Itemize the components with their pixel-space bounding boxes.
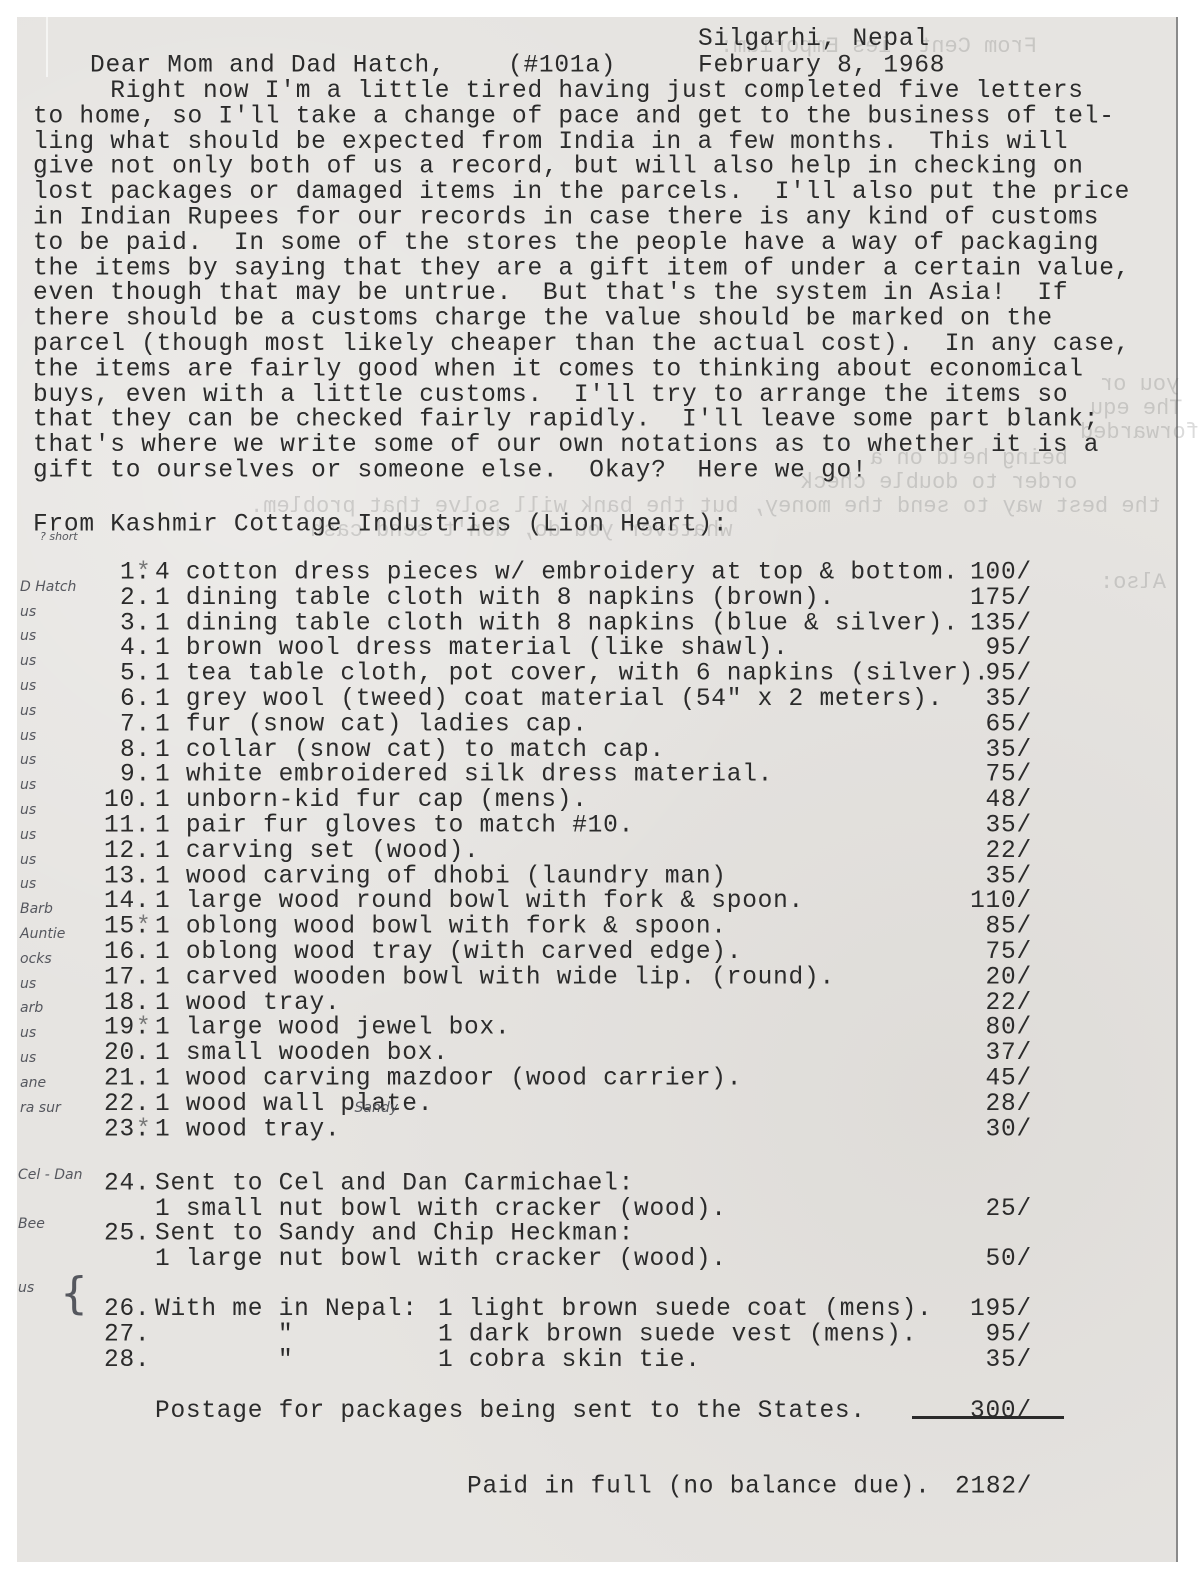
- handwritten-note: Bee: [18, 1216, 45, 1232]
- item-number: 27.: [104, 1323, 150, 1348]
- letter-number: (#101a): [508, 54, 616, 79]
- item-number: 8.: [120, 738, 151, 763]
- handwritten-note: ane: [20, 1075, 46, 1091]
- item-number: 20.: [104, 1042, 150, 1067]
- letter-date: February 8, 1968: [698, 54, 945, 79]
- item-price: 35/: [986, 738, 1032, 763]
- item-description: 1 small wooden box.: [155, 1042, 449, 1067]
- item-description: 4 cotton dress pieces w/ embroidery at t…: [155, 561, 959, 586]
- item-number: 10.: [104, 789, 150, 814]
- handwritten-note: us: [20, 752, 36, 768]
- paper-crease: [46, 17, 48, 77]
- postage-label: Postage for packages being sent to the S…: [155, 1399, 866, 1424]
- letter-place: Silgarhi, Nepal: [698, 28, 930, 53]
- gift-recipient: Sent to Cel and Dan Carmichael:: [155, 1172, 634, 1197]
- item-description: 1 wood carving mazdoor (wood carrier).: [155, 1067, 742, 1092]
- handwritten-note: us: [20, 628, 36, 644]
- item-description: 1 dining table cloth with 8 napkins (bro…: [155, 586, 835, 611]
- handwritten-note: us: [20, 728, 36, 744]
- handwritten-note: D Hatch: [20, 579, 76, 595]
- body-line: the items by saying that they are a gift…: [33, 257, 1130, 282]
- item-price: 22/: [986, 991, 1032, 1016]
- body-line: the items are fairly good when it comes …: [33, 358, 1084, 383]
- item-price: 175/: [970, 586, 1032, 611]
- handwritten-note: Barb: [20, 901, 53, 917]
- item-price: 45/: [986, 1067, 1032, 1092]
- item-description: 1 wood tray.: [155, 1118, 340, 1143]
- body-line: that they can be checked fairly rapidly.…: [33, 408, 1099, 433]
- bleed-through-text: The equ: [1090, 396, 1182, 421]
- item-number: 6.: [120, 687, 151, 712]
- body-line: to be paid. In some of the stores the pe…: [33, 231, 1099, 256]
- bleed-through-text: Also:: [1100, 570, 1166, 595]
- item-price: 80/: [986, 1016, 1032, 1041]
- handwritten-note: us: [20, 802, 36, 818]
- item-description: 1 wood carving of dhobi (laundry man): [155, 865, 727, 890]
- item-description: 1 dining table cloth with 8 napkins (blu…: [155, 612, 959, 637]
- item-description: 1 small nut bowl with cracker (wood).: [155, 1197, 727, 1222]
- handwritten-note: us: [20, 653, 36, 669]
- item-price: 35/: [986, 865, 1032, 890]
- handwritten-note: us: [18, 1280, 34, 1296]
- handwritten-note: Auntie: [20, 926, 65, 942]
- item-number: 16.: [104, 940, 150, 965]
- item-price: 35/: [986, 687, 1032, 712]
- item-price: 95/: [986, 1323, 1032, 1348]
- handwritten-note: us: [20, 876, 36, 892]
- postage-price: 300/: [970, 1399, 1032, 1424]
- item-price: 22/: [986, 839, 1032, 864]
- item-price: 65/: [986, 713, 1032, 738]
- item-number: 9.: [120, 763, 151, 788]
- item-description: 1 grey wool (tweed) coat material (54" x…: [155, 687, 943, 712]
- item-price: 85/: [986, 915, 1032, 940]
- item-description: 1 large wood round bowl with fork & spoo…: [155, 890, 804, 915]
- item-number: 14.: [104, 890, 150, 915]
- body-line: Right now I'm a little tired having just…: [33, 80, 1084, 105]
- item-number: 25.: [104, 1222, 150, 1247]
- handwritten-note: Cel - Dan: [18, 1167, 82, 1183]
- item-price: 25/: [986, 1197, 1032, 1222]
- body-line: gift to ourselves or someone else. Okay?…: [33, 459, 867, 484]
- handwritten-note: us: [20, 678, 36, 694]
- item-number: 28.: [104, 1348, 150, 1373]
- handwritten-note: us: [20, 827, 36, 843]
- item-price: 20/: [986, 966, 1032, 991]
- item-description: 1 dark brown suede vest (mens).: [438, 1323, 917, 1348]
- item-description: 1 oblong wood bowl with fork & spoon.: [155, 915, 727, 940]
- item-number: 13.: [104, 865, 150, 890]
- handwritten-note: ? short: [40, 530, 78, 543]
- item-description: 1 carving set (wood).: [155, 839, 480, 864]
- item-description: 1 large nut bowl with cracker (wood).: [155, 1247, 727, 1272]
- item-description: 1 light brown suede coat (mens).: [438, 1297, 932, 1322]
- ditto-mark: ": [278, 1323, 293, 1348]
- item-number: 2.: [120, 586, 151, 611]
- handwritten-note: - Sandy: [345, 1100, 398, 1116]
- item-description: 1 oblong wood tray (with carved edge).: [155, 940, 742, 965]
- gift-recipient: Sent to Sandy and Chip Heckman:: [155, 1222, 634, 1247]
- item-description: 1 unborn-kid fur cap (mens).: [155, 789, 588, 814]
- ditto-mark: ": [278, 1348, 293, 1373]
- body-line: lost packages or damaged items in the pa…: [33, 181, 1130, 206]
- item-price: 30/: [986, 1118, 1032, 1143]
- item-description: 1 brown wool dress material (like shawl)…: [155, 637, 789, 662]
- item-number: 18.: [104, 991, 150, 1016]
- section-heading: From Kashmir Cottage Industries (Lion He…: [33, 513, 728, 538]
- item-price: 75/: [986, 940, 1032, 965]
- handwritten-note: us: [20, 604, 36, 620]
- body-line: parcel (though most likely cheaper than …: [33, 333, 1130, 358]
- handwritten-note: ocks: [20, 951, 52, 967]
- item-number: 21.: [104, 1067, 150, 1092]
- item-description: 1 tea table cloth, pot cover, with 6 nap…: [155, 662, 989, 687]
- body-line: ling what should be expected from India …: [33, 130, 1068, 155]
- handwritten-note: us: [20, 1050, 36, 1066]
- body-line: give not only both of us a record, but w…: [33, 155, 1084, 180]
- body-line: even though that may be untrue. But that…: [33, 282, 1068, 307]
- handwritten-note: us: [20, 852, 36, 868]
- item-description: 1 pair fur gloves to match #10.: [155, 814, 634, 839]
- item-description: 1 wood tray.: [155, 991, 340, 1016]
- body-line: buys, even with a little customs. I'll t…: [33, 383, 1068, 408]
- item-price: 100/: [970, 561, 1032, 586]
- handwritten-note: us: [20, 1025, 36, 1041]
- item-number: 26.: [104, 1297, 150, 1322]
- asterisk-mark: *: [136, 561, 151, 586]
- item-price: 195/: [970, 1297, 1032, 1322]
- item-price: 28/: [986, 1092, 1032, 1117]
- handwritten-note: us: [20, 703, 36, 719]
- body-line: there should be a customs charge the val…: [33, 307, 1053, 332]
- item-price: 48/: [986, 789, 1032, 814]
- handwritten-note: ra sur: [20, 1100, 61, 1116]
- item-price: 35/: [986, 814, 1032, 839]
- item-description: 1 carved wooden bowl with wide lip. (rou…: [155, 966, 835, 991]
- item-price: 37/: [986, 1042, 1032, 1067]
- asterisk-mark: *: [136, 1118, 151, 1143]
- total-underline: [912, 1416, 1064, 1419]
- handwritten-note: arb: [20, 1000, 43, 1016]
- item-price: 75/: [986, 763, 1032, 788]
- item-price: 35/: [986, 1348, 1032, 1373]
- item-number: 4.: [120, 637, 151, 662]
- item-description: 1 collar (snow cat) to match cap.: [155, 738, 665, 763]
- item-price: 50/: [986, 1247, 1032, 1272]
- item-number: 7.: [120, 713, 151, 738]
- item-description: 1 fur (snow cat) ladies cap.: [155, 713, 588, 738]
- item-price: 110/: [970, 890, 1032, 915]
- item-description: 1 white embroidered silk dress material.: [155, 763, 773, 788]
- item-price: 135/: [970, 612, 1032, 637]
- item-number: 11.: [104, 814, 150, 839]
- salutation: Dear Mom and Dad Hatch,: [90, 54, 445, 79]
- item-number: 5.: [120, 662, 151, 687]
- item-description: 1 large wood jewel box.: [155, 1016, 510, 1041]
- handwritten-note: us: [20, 976, 36, 992]
- asterisk-mark: *: [136, 1016, 151, 1041]
- body-line: in Indian Rupees for our records in case…: [33, 206, 1099, 231]
- item-price: 95/: [986, 662, 1032, 687]
- with-me-label: With me in Nepal:: [155, 1297, 418, 1322]
- item-number: 22.: [104, 1092, 150, 1117]
- body-line: that's where we write some of our own no…: [33, 434, 1099, 459]
- asterisk-mark: *: [136, 915, 151, 940]
- item-number: 24.: [104, 1172, 150, 1197]
- item-number: 12.: [104, 839, 150, 864]
- item-price: 95/: [986, 637, 1032, 662]
- item-number: 17.: [104, 966, 150, 991]
- item-description: 1 cobra skin tie.: [438, 1348, 701, 1373]
- item-number: 3.: [120, 612, 151, 637]
- handwritten-note: us: [20, 777, 36, 793]
- bleed-through-text: you or: [1100, 372, 1179, 397]
- handwritten-brace: {: [60, 1268, 88, 1319]
- total-price: 2182/: [955, 1475, 1032, 1500]
- body-line: to home, so I'll take a change of pace a…: [33, 105, 1115, 130]
- total-label: Paid in full (no balance due).: [467, 1475, 931, 1500]
- letter-text: Silgarhi, Nepal Dear Mom and Dad Hatch, …: [0, 0, 31, 582]
